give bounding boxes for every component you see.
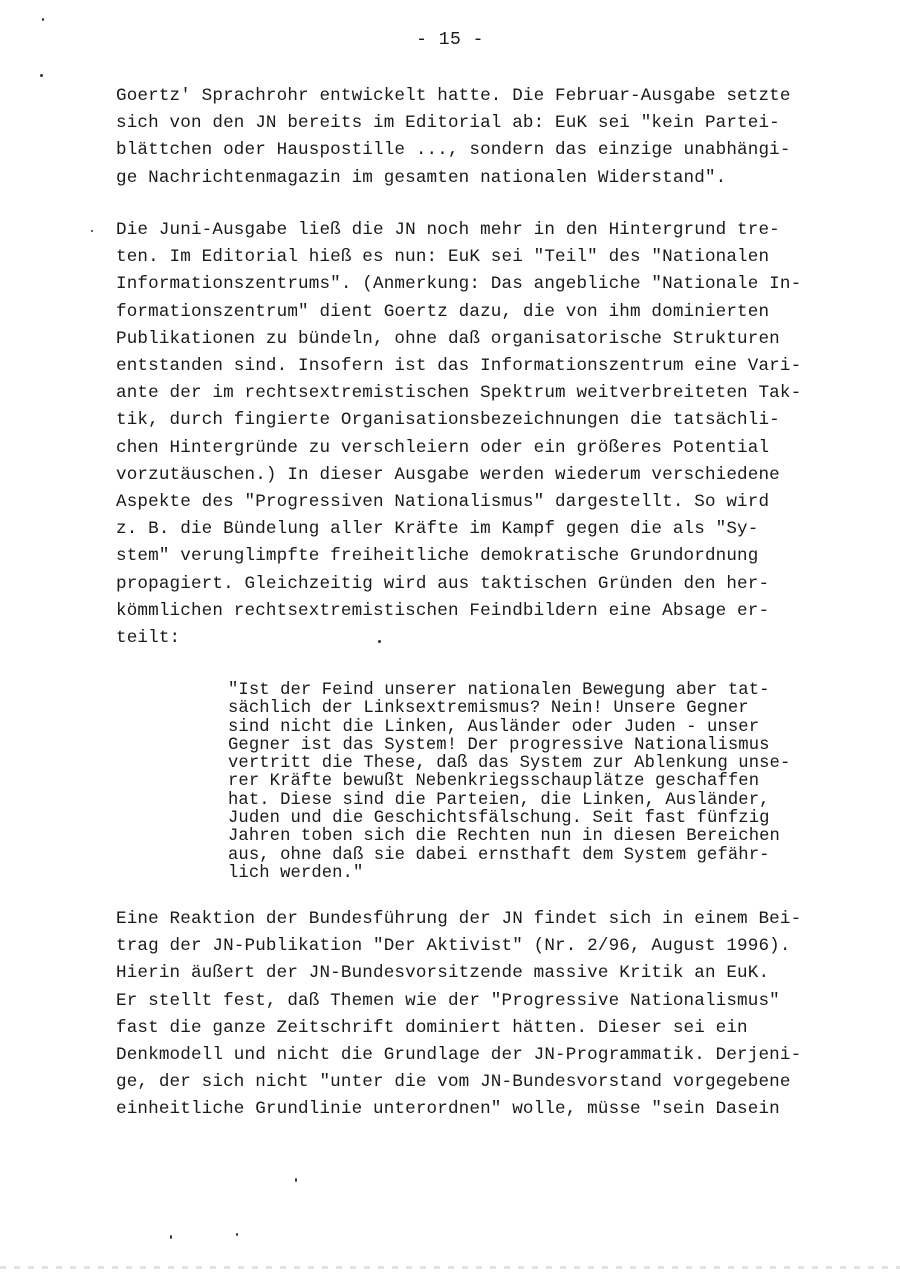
block-quote: "Ist der Feind unserer nationalen Bewegu…	[228, 682, 838, 883]
scan-speck	[236, 1233, 238, 1236]
scan-speck	[40, 74, 43, 77]
paragraph-februar-ausgabe: Goertz' Sprachrohr entwickelt hatte. Die…	[116, 83, 836, 192]
scan-speck	[170, 1235, 172, 1239]
page-number: - 15 -	[0, 30, 900, 50]
paragraph-reaktion-bundesfuehrung: Eine Reaktion der Bundesführung der JN f…	[116, 906, 836, 1124]
scan-speck	[378, 640, 381, 643]
paragraph-juni-ausgabe: Die Juni-Ausgabe ließ die JN noch mehr i…	[116, 217, 836, 652]
scan-speck	[295, 1178, 297, 1182]
scan-edge-artifact	[0, 1266, 900, 1269]
scan-speck	[42, 18, 44, 21]
scan-speck	[91, 230, 93, 232]
